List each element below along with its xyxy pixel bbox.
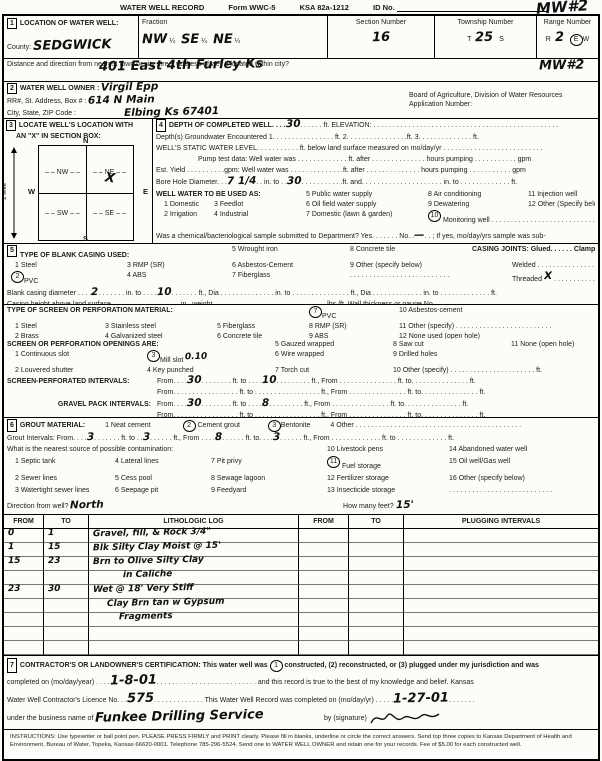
contam-13: 13 Insecticide storage bbox=[327, 485, 449, 497]
openings-title: SCREEN OR PERFORATION OPENINGS ARE: bbox=[7, 340, 275, 350]
diam-mid: . . . . . . . in. to . . . . bbox=[99, 290, 157, 297]
depth-suffix: . . . . . . ft. ELEVATION: . . . . . . .… bbox=[300, 122, 558, 129]
grout-4: 4 Other . . . . . . . . . . . . . . . . … bbox=[330, 422, 521, 429]
contam-5: 5 Cess pool bbox=[115, 473, 211, 485]
lith-row-to bbox=[44, 627, 89, 641]
township-prefix: T bbox=[467, 36, 471, 43]
plug-int-3 bbox=[404, 571, 598, 585]
grout-title: GROUT MATERIAL: bbox=[20, 422, 85, 429]
lith-log-6: Fragments bbox=[93, 612, 173, 623]
openings-3-label: Mill slot bbox=[160, 357, 183, 364]
quad-se-label: – – SE – – bbox=[86, 209, 133, 218]
casing-grid: 5TYPE OF BLANK CASING USED: 5 Wrought ir… bbox=[4, 244, 598, 287]
plug-from-3 bbox=[299, 571, 349, 585]
grout-int-c: . . . . . . ft., From . . . . bbox=[150, 435, 215, 442]
plug-to-5 bbox=[349, 599, 404, 613]
compass-north: N bbox=[83, 136, 88, 145]
agency-name: Board of Agriculture, Division of Water … bbox=[409, 91, 594, 100]
casing-4: 4 ABS bbox=[127, 271, 232, 287]
used-as-6: 6 Oil field water supply bbox=[306, 200, 428, 210]
range-cell: Range Number R 2 EW bbox=[537, 16, 598, 58]
lith-to-0: 1 bbox=[48, 529, 54, 538]
cert-line4a: under the business name of bbox=[7, 715, 93, 722]
used-as-10-circled: 10 bbox=[428, 210, 441, 222]
lith-to-4: 30 bbox=[48, 585, 61, 594]
direction-label: Direction from well? bbox=[7, 503, 68, 510]
lith-row-from bbox=[4, 613, 44, 627]
sample-line-1: Was a chemical/bacteriological sample su… bbox=[153, 230, 598, 242]
cert-line3a: Water Well Contractor's Licence No. . . bbox=[7, 697, 127, 704]
si-empty-line: From. . . . . . . . . . . . . . . . . ft… bbox=[157, 389, 485, 396]
contamination-block: What is the nearest source of possible c… bbox=[4, 442, 598, 500]
lith-row-from bbox=[4, 641, 44, 655]
cert-line3c: . . . . . . . bbox=[449, 697, 474, 704]
section-5-number: 5 bbox=[7, 245, 17, 257]
bore-suffix: . . . . . . . . . . .ft. and. . . . . . … bbox=[302, 179, 518, 186]
compass-west: W bbox=[28, 187, 35, 196]
section-6-grout: 6GROUT MATERIAL: 1 Neat cement 2 Cement … bbox=[4, 417, 598, 442]
used-as-5: 5 Public water supply bbox=[306, 190, 428, 200]
screen-11: 11 Other (specify) . . . . . . . . . . .… bbox=[399, 322, 595, 332]
lith-row-log: in Caliche bbox=[89, 571, 299, 585]
township-label: Township Number bbox=[438, 18, 533, 27]
lith-row-from: 1 bbox=[4, 543, 44, 557]
grout-1: 1 Neat cement bbox=[105, 422, 151, 429]
lith-log-4: Wet @ 18' Very Stiff bbox=[93, 584, 194, 595]
county-label: County: bbox=[7, 44, 31, 51]
screen-3: 3 Stainless steel bbox=[105, 322, 217, 332]
used-as-2: 2 Irrigation bbox=[156, 210, 214, 226]
lith-to-2: 23 bbox=[48, 557, 61, 566]
screen-7-circled: 7 bbox=[309, 306, 322, 318]
plug-int-1 bbox=[404, 543, 598, 557]
pump-test-line: Pump test data: Well water was . . . . .… bbox=[153, 154, 598, 165]
screen-12: 12 None used (open hole) bbox=[399, 332, 595, 339]
gp-from-label: From. . . . bbox=[157, 401, 187, 408]
static-level-line: WELL'S STATIC WATER LEVEL. . . . . . . .… bbox=[153, 143, 598, 154]
contam-1: 1 Septic tank bbox=[7, 456, 115, 473]
sample-no-mark: — bbox=[414, 230, 425, 241]
section-7-number: 7 bbox=[7, 658, 17, 673]
openings-9: 9 Drilled holes bbox=[393, 350, 511, 366]
plug-int-0 bbox=[404, 529, 598, 543]
section-3-number: 3 bbox=[6, 120, 16, 131]
col-to-2: TO bbox=[349, 515, 404, 529]
used-as-12: 12 Other (Specify below) bbox=[528, 200, 595, 210]
contam-15: 15 Oil well/Gas well bbox=[449, 456, 595, 473]
casing-9: 9 Other (specify below) bbox=[350, 261, 472, 271]
screen-1: 1 Steel bbox=[7, 322, 105, 332]
threaded-dots: . . . . . . . . . . . . . . . bbox=[554, 276, 595, 283]
township-cell: Township Number T 25 S bbox=[435, 16, 537, 58]
openings-3-circled: 3 bbox=[147, 350, 160, 362]
feet-value: 15' bbox=[395, 500, 413, 511]
cert-line1a: CONTRACTOR'S OR LANDOWNER'S CERTIFICATIO… bbox=[20, 662, 268, 669]
bore-label: Bore Hole Diameter. . . bbox=[156, 179, 227, 186]
lith-log-0: Gravel, fill, & Rock 3/4" bbox=[93, 528, 211, 539]
locate-title-2: AN "X" IN SECTION BOX: bbox=[4, 132, 152, 141]
form-body: 1LOCATION OF WATER WELL: County: SEDGWIC… bbox=[2, 14, 600, 761]
used-as-10-label: Monitoring well . . . . . . . . . . . . … bbox=[443, 217, 595, 224]
depth-value: 30 bbox=[285, 119, 300, 130]
screen-10: 10 Asbestos-cement bbox=[399, 306, 595, 322]
lith-row-to bbox=[44, 641, 89, 655]
range-label: Range Number bbox=[540, 18, 595, 27]
screen-7-label: PVC bbox=[322, 313, 336, 320]
casing-threaded: Threaded X . . . . . . . . . . . . . . . bbox=[472, 271, 595, 287]
cert-line2b: . . . . . . . . . . . . . . . . . . . . … bbox=[157, 679, 474, 686]
contamination-intro: What is the nearest source of possible c… bbox=[7, 444, 327, 456]
plug-to-0 bbox=[349, 529, 404, 543]
section-7-certification: 7CONTRACTOR'S OR LANDOWNER'S CERTIFICATI… bbox=[4, 655, 598, 729]
owner-address-value: 614 N Main bbox=[88, 95, 155, 105]
contam-4: 4 Lateral lines bbox=[115, 456, 211, 473]
lith-to-1: 15 bbox=[48, 543, 61, 552]
lith-from-0: 0 bbox=[8, 529, 14, 538]
section-1-title: LOCATION OF WATER WELL: bbox=[20, 20, 119, 27]
owner-title: WATER WELL OWNER : bbox=[20, 85, 99, 92]
casing-title: TYPE OF BLANK CASING USED: bbox=[20, 252, 129, 259]
used-as-3: 3 Feedlot bbox=[214, 200, 306, 210]
diam-value: 2 bbox=[91, 287, 99, 298]
screen-title: TYPE OF SCREEN OR PERFORATION MATERIAL: bbox=[7, 306, 309, 322]
quad-nw-label: – – NW – – bbox=[39, 168, 86, 177]
plug-from-7 bbox=[299, 627, 349, 641]
screen-intervals-label: SCREEN-PERFORATED INTERVALS: bbox=[7, 376, 157, 387]
direction-row: Direction from well? North How many feet… bbox=[4, 500, 598, 514]
lith-row-log bbox=[89, 627, 299, 641]
fraction-label: Fraction bbox=[142, 18, 324, 27]
lith-row-from bbox=[4, 599, 44, 613]
instructions-text: INSTRUCTIONS: Use typewriter or ball poi… bbox=[10, 734, 572, 748]
casing-welded: Welded . . . . . . . . . . . . . . . . .… bbox=[472, 261, 595, 271]
plug-int-7 bbox=[404, 627, 598, 641]
gravel-to-value: 8 bbox=[262, 398, 270, 409]
si-tail: . . . . . . . . . ft., From . . . . . . … bbox=[277, 378, 476, 385]
si-to-label: . . . . . . . . ft. to . . . . bbox=[202, 378, 262, 385]
lith-row-log: Fragments bbox=[89, 613, 299, 627]
plug-int-5 bbox=[404, 599, 598, 613]
well-x-mark: X bbox=[104, 173, 115, 183]
section-2-number: 2 bbox=[7, 83, 17, 94]
col-to-1: TO bbox=[44, 515, 89, 529]
fraction-2-value: SE bbox=[181, 35, 199, 44]
direction-value: North bbox=[70, 500, 104, 511]
bore-to-value: 30 bbox=[287, 176, 302, 187]
openings-4: 4 Key punched bbox=[147, 366, 275, 375]
screen-6: 6 Concrete tile bbox=[217, 332, 309, 339]
casing-other-dots: . . . . . . . . . . . . . . . . . . . . … bbox=[350, 271, 472, 287]
section-1-location: 1LOCATION OF WATER WELL: County: SEDGWIC… bbox=[4, 16, 598, 59]
well-id-handwritten-top: MW#2 bbox=[535, 1, 588, 14]
plug-to-2 bbox=[349, 557, 404, 571]
section-4-number: 4 bbox=[156, 119, 166, 132]
plug-from-2 bbox=[299, 557, 349, 571]
openings-1: 1 Continuous slot bbox=[7, 350, 147, 366]
fraction-1-value: NW bbox=[142, 35, 167, 45]
lith-from-1: 1 bbox=[8, 543, 14, 552]
cert-line4b: by (signature) bbox=[324, 715, 367, 722]
casing-1: 1 Steel bbox=[7, 261, 127, 271]
diam-to-value: 10 bbox=[157, 287, 172, 298]
contam-10: 10 Livestock pens bbox=[327, 444, 449, 456]
openings-block: SCREEN OR PERFORATION OPENINGS ARE: 5 Ga… bbox=[4, 339, 598, 375]
one-mile-arrow: 1 Mile bbox=[10, 147, 18, 239]
grout-2-circled: 2 bbox=[183, 420, 196, 432]
grout-v4: 3 bbox=[273, 432, 281, 442]
bore-mid: . . in. to . . bbox=[256, 179, 287, 186]
vertical-arrow-icon bbox=[10, 147, 18, 239]
owner-city-label: City, State, ZIP Code : bbox=[7, 110, 76, 117]
fraction-cell: Fraction NW ¼ SE ¼ NE ¼ bbox=[139, 16, 328, 58]
form-title: WATER WELL RECORD bbox=[120, 3, 204, 12]
casing-7: 7 Fiberglass bbox=[232, 271, 350, 287]
screen-2: 2 Brass bbox=[7, 332, 105, 339]
grout-int-d: . . . . . . ft. to. . . . bbox=[222, 435, 273, 442]
grout-v2: 3 bbox=[143, 432, 151, 442]
contam-14: 14 Abandoned water well bbox=[449, 444, 595, 456]
screen-material-block: TYPE OF SCREEN OR PERFORATION MATERIAL: … bbox=[4, 305, 598, 339]
threaded-label: Threaded bbox=[512, 276, 542, 283]
gravel-from-value: 30 bbox=[187, 398, 202, 409]
sample-question: Was a chemical/bacteriological sample su… bbox=[156, 233, 414, 240]
used-as-4: 4 Industrial bbox=[214, 210, 306, 226]
quarter-mark-1: ¼ bbox=[169, 38, 175, 45]
diam-tail: . . . . . . . ft., Dia . . . . . . . . .… bbox=[171, 290, 497, 297]
lith-log-2: Brn to Olive Silty Clay bbox=[93, 556, 204, 567]
openings-6: 6 Wire wrapped bbox=[275, 350, 393, 366]
gravel-intervals-label: GRAVEL PACK INTERVALS: bbox=[7, 399, 157, 410]
form-number: Form WWC-5 bbox=[228, 3, 275, 12]
section-number-value: 16 bbox=[372, 33, 390, 42]
owner-address-label: RR#, St. Address, Box # : bbox=[7, 98, 86, 105]
range-prefix: R bbox=[546, 36, 551, 43]
bore-diameter-value: 7 1/4 bbox=[227, 176, 257, 187]
feet-label: How many feet? bbox=[343, 503, 394, 510]
contam-9: 9 Feedyard bbox=[211, 485, 327, 497]
contam-7: 7 Pit privy bbox=[211, 456, 327, 473]
lith-row-to bbox=[44, 613, 89, 627]
compass-east: E bbox=[143, 187, 148, 196]
form-header: WATER WELL RECORD Form WWC-5 KSA 82a-121… bbox=[0, 3, 602, 12]
used-as-title: WELL WATER TO BE USED AS: bbox=[156, 190, 306, 200]
gp-to-label: . . . . . . . . ft. to . . . . bbox=[202, 401, 262, 408]
constructed-1-circled: 1 bbox=[270, 660, 283, 672]
water-well-record-form: WATER WELL RECORD Form WWC-5 KSA 82a-121… bbox=[0, 0, 602, 761]
agency-block: Board of Agriculture, Division of Water … bbox=[409, 82, 598, 118]
lith-row-from: 0 bbox=[4, 529, 44, 543]
lith-row-log bbox=[89, 641, 299, 655]
lith-log-3: in Caliche bbox=[93, 570, 172, 581]
openings-7: 7 Torch cut bbox=[275, 366, 393, 375]
contamination-grid: What is the nearest source of possible c… bbox=[4, 442, 598, 497]
distance-row: Distance and direction from nearest town… bbox=[4, 59, 598, 82]
grout-v3: 8 bbox=[215, 432, 223, 442]
mile-label: 1 Mile bbox=[4, 183, 9, 200]
lith-row-to: 15 bbox=[44, 543, 89, 557]
plug-from-0 bbox=[299, 529, 349, 543]
plug-from-8 bbox=[299, 641, 349, 655]
lith-row-from bbox=[4, 627, 44, 641]
grout-2-label: Cement grout bbox=[198, 422, 240, 429]
screen-5: 5 Fiberglass bbox=[217, 322, 309, 332]
plug-to-1 bbox=[349, 543, 404, 557]
screen-8: 8 RMP (SR) bbox=[309, 322, 399, 332]
openings-11: 11 None (open hole) bbox=[511, 340, 595, 350]
quarter-mark-3: ¼ bbox=[234, 38, 240, 45]
threaded-x-mark: X bbox=[544, 271, 552, 281]
openings-8: 8 Saw cut bbox=[393, 340, 511, 350]
section-5-casing: 5TYPE OF BLANK CASING USED: 5 Wrought ir… bbox=[4, 244, 598, 305]
casing-5: 5 Wrought iron bbox=[232, 245, 350, 261]
section-number-cell: Section Number 16 bbox=[328, 16, 435, 58]
lith-row-to: 23 bbox=[44, 557, 89, 571]
used-as-1: 1 Domestic bbox=[156, 200, 214, 210]
id-number-label: ID No. bbox=[373, 3, 395, 12]
locate-title-1: LOCATE WELL'S LOCATION WITH bbox=[19, 122, 133, 129]
quad-sw-label: – – SW – – bbox=[39, 209, 86, 218]
groundwater-line: Depth(s) Groundwater Encountered 1. . . … bbox=[153, 132, 598, 143]
contam-12: 12 Fertilizer storage bbox=[327, 473, 449, 485]
lith-row-to bbox=[44, 571, 89, 585]
section-6-number: 6 bbox=[7, 419, 17, 432]
section-3-locate: 3LOCATE WELL'S LOCATION WITH AN "X" IN S… bbox=[4, 119, 153, 243]
well-id-handwritten-2: MW#2 bbox=[539, 61, 585, 71]
mill-slot-size-value: 0.10 bbox=[185, 352, 207, 362]
grout-int-b: . . . . . . . ft. to . . bbox=[94, 435, 143, 442]
contam-2: 2 Sewer lines bbox=[7, 473, 115, 485]
section-number-label: Section Number bbox=[331, 18, 431, 27]
plug-int-8 bbox=[404, 641, 598, 655]
grout-int-e: . . . . . . ft., From . . . . . . . . . … bbox=[280, 435, 454, 442]
sample-question-tail: . . ; If yes, mo/day/yrs sample was sub- bbox=[425, 233, 546, 240]
lith-row-to: 1 bbox=[44, 529, 89, 543]
business-name-value: Funkee Drilling Service bbox=[95, 709, 264, 727]
section-1-number: 1 bbox=[7, 18, 17, 29]
used-as-7: 7 Domestic (lawn & garden) bbox=[306, 210, 428, 226]
lith-row-log: Brn to Olive Silty Clay bbox=[89, 557, 299, 571]
contam-11-circled: 11 bbox=[327, 456, 340, 468]
lith-row-log: Clay Brn tan w Gypsum bbox=[89, 599, 299, 613]
plug-to-8 bbox=[349, 641, 404, 655]
record-date-value: 1-27-01 bbox=[393, 691, 449, 708]
casing-6: 6 Asbestos-Cement bbox=[232, 261, 350, 271]
lith-row-from bbox=[4, 571, 44, 585]
lithologic-log-table: FROM TO LITHOLOGIC LOG FROM TO PLUGGING … bbox=[4, 514, 598, 655]
screen-4: 4 Galvanized steel bbox=[105, 332, 217, 339]
section-location-box: – – NW – – – – NE – – – – SW – – – – SE … bbox=[38, 145, 134, 241]
township-suffix: S bbox=[499, 36, 504, 43]
depth-label: DEPTH OF COMPLETED WELL. . . . bbox=[169, 122, 286, 129]
section-2-owner: 2WATER WELL OWNER : Virgil Epp RR#, St. … bbox=[4, 82, 598, 119]
signature-scribble bbox=[369, 710, 441, 726]
casing-2-label: PVC bbox=[24, 278, 38, 285]
screen-to-value: 10 bbox=[262, 375, 277, 386]
openings-2: 2 Louvered shutter bbox=[7, 366, 147, 375]
completed-date-value: 1-8-01 bbox=[110, 673, 157, 689]
section-box-horizontal-line bbox=[39, 193, 133, 194]
openings-10: 10 Other (specify) . . . . . . . . . . .… bbox=[393, 366, 595, 375]
col-from-1: FROM bbox=[4, 515, 44, 529]
cert-line3b: . . . . . . . . . . . . . This Water Wel… bbox=[154, 697, 393, 704]
plug-from-6 bbox=[299, 613, 349, 627]
diam-label: Blank casing diameter . . . . bbox=[7, 290, 91, 297]
distance-value: 401 East 4th Furley Ks bbox=[99, 59, 263, 71]
screen-grid: TYPE OF SCREEN OR PERFORATION MATERIAL: … bbox=[4, 305, 598, 339]
sample-line-2: mittedWater Well Disinfected? YesNo — bbox=[153, 242, 598, 243]
casing-diameter-line: Blank casing diameter . . . .2. . . . . … bbox=[4, 287, 598, 299]
grout-3-label: Bentonite bbox=[281, 422, 311, 429]
col-plugging-intervals: PLUGGING INTERVALS bbox=[404, 515, 598, 529]
contam-11-label: Fuel storage bbox=[342, 463, 381, 470]
quarter-mark-2: ¼ bbox=[201, 38, 207, 45]
plug-int-6 bbox=[404, 613, 598, 627]
owner-fields: 2WATER WELL OWNER : Virgil Epp RR#, St. … bbox=[4, 82, 409, 118]
disinfected-no-mark: — bbox=[528, 242, 539, 243]
casing-2-circled: 2 bbox=[11, 271, 24, 283]
casing-3: 3 RMP (SR) bbox=[127, 261, 232, 271]
intervals-block: SCREEN-PERFORATED INTERVALS:From. . . .3… bbox=[4, 375, 598, 417]
section-4-well-data: 4DEPTH OF COMPLETED WELL. . . .30. . . .… bbox=[153, 119, 598, 243]
owner-name-value: Virgil Epp bbox=[101, 82, 158, 92]
plug-from-5 bbox=[299, 599, 349, 613]
lith-from-4: 23 bbox=[8, 585, 21, 594]
grout-3-circled: 3 bbox=[268, 420, 281, 432]
plug-from-1 bbox=[299, 543, 349, 557]
owner-city-value: Elbing Ks 67401 bbox=[124, 107, 219, 118]
plug-from-4 bbox=[299, 585, 349, 599]
range-value: 2 bbox=[555, 33, 564, 42]
section-3-4-band: 3LOCATE WELL'S LOCATION WITH AN "X" IN S… bbox=[4, 119, 598, 244]
used-as-8: 8 Air conditioning bbox=[428, 190, 528, 200]
lith-from-2: 15 bbox=[8, 557, 21, 566]
lith-row-from: 23 bbox=[4, 585, 44, 599]
grout-v1: 3 bbox=[87, 432, 95, 442]
county-value: SEDGWICK bbox=[33, 40, 112, 51]
plug-int-4 bbox=[404, 585, 598, 599]
screen-9: 9 ABS bbox=[309, 332, 399, 339]
township-value: 25 bbox=[475, 33, 493, 42]
contam-16: 16 Other (specify below) bbox=[449, 473, 595, 485]
instructions-footer: INSTRUCTIONS: Use typewriter or ball poi… bbox=[4, 729, 598, 752]
contam-other-dots: . . . . . . . . . . . . . . . . . . . . … bbox=[449, 485, 595, 497]
cert-line1b: constructed, (2) reconstructed, or (3) p… bbox=[285, 662, 539, 669]
range-east-circled: E bbox=[570, 34, 583, 46]
casing-joints-label: CASING JOINTS: Glued. . . . . . Clamped.… bbox=[472, 245, 595, 261]
plug-to-3 bbox=[349, 571, 404, 585]
plug-to-6 bbox=[349, 613, 404, 627]
used-as-9: 9 Dewatering bbox=[428, 200, 528, 210]
distance-label: Distance and direction from nearest town… bbox=[4, 59, 598, 70]
gp-tail: . . . . . . . . . ft., From . . . . . . … bbox=[269, 401, 468, 408]
cert-line2a: completed on (mo/day/year) . . . . bbox=[7, 679, 110, 686]
screen-from-value: 30 bbox=[187, 375, 202, 386]
lith-log-1: Blk Silty Clay Moist @ 15' bbox=[93, 542, 221, 554]
contam-8: 8 Sewage lagoon bbox=[211, 473, 327, 485]
contam-3: 3 Watertight sewer lines bbox=[7, 485, 115, 497]
range-west: W bbox=[583, 36, 590, 43]
si-from-label: From. . . . bbox=[157, 378, 187, 385]
contam-6: 6 Seepage pit bbox=[115, 485, 211, 497]
plug-to-7 bbox=[349, 627, 404, 641]
est-yield-line: Est. Yield . . . . . . . . . .gpm: Well … bbox=[153, 165, 598, 176]
plug-to-4 bbox=[349, 585, 404, 599]
casing-8: 8 Concrete tile bbox=[350, 245, 472, 261]
application-number-label: Application Number: bbox=[409, 100, 594, 109]
fraction-3-value: NE bbox=[213, 35, 233, 44]
used-as-block: WELL WATER TO BE USED AS: 5 Public water… bbox=[153, 190, 598, 226]
lith-log-5: Clay Brn tan w Gypsum bbox=[93, 598, 225, 610]
